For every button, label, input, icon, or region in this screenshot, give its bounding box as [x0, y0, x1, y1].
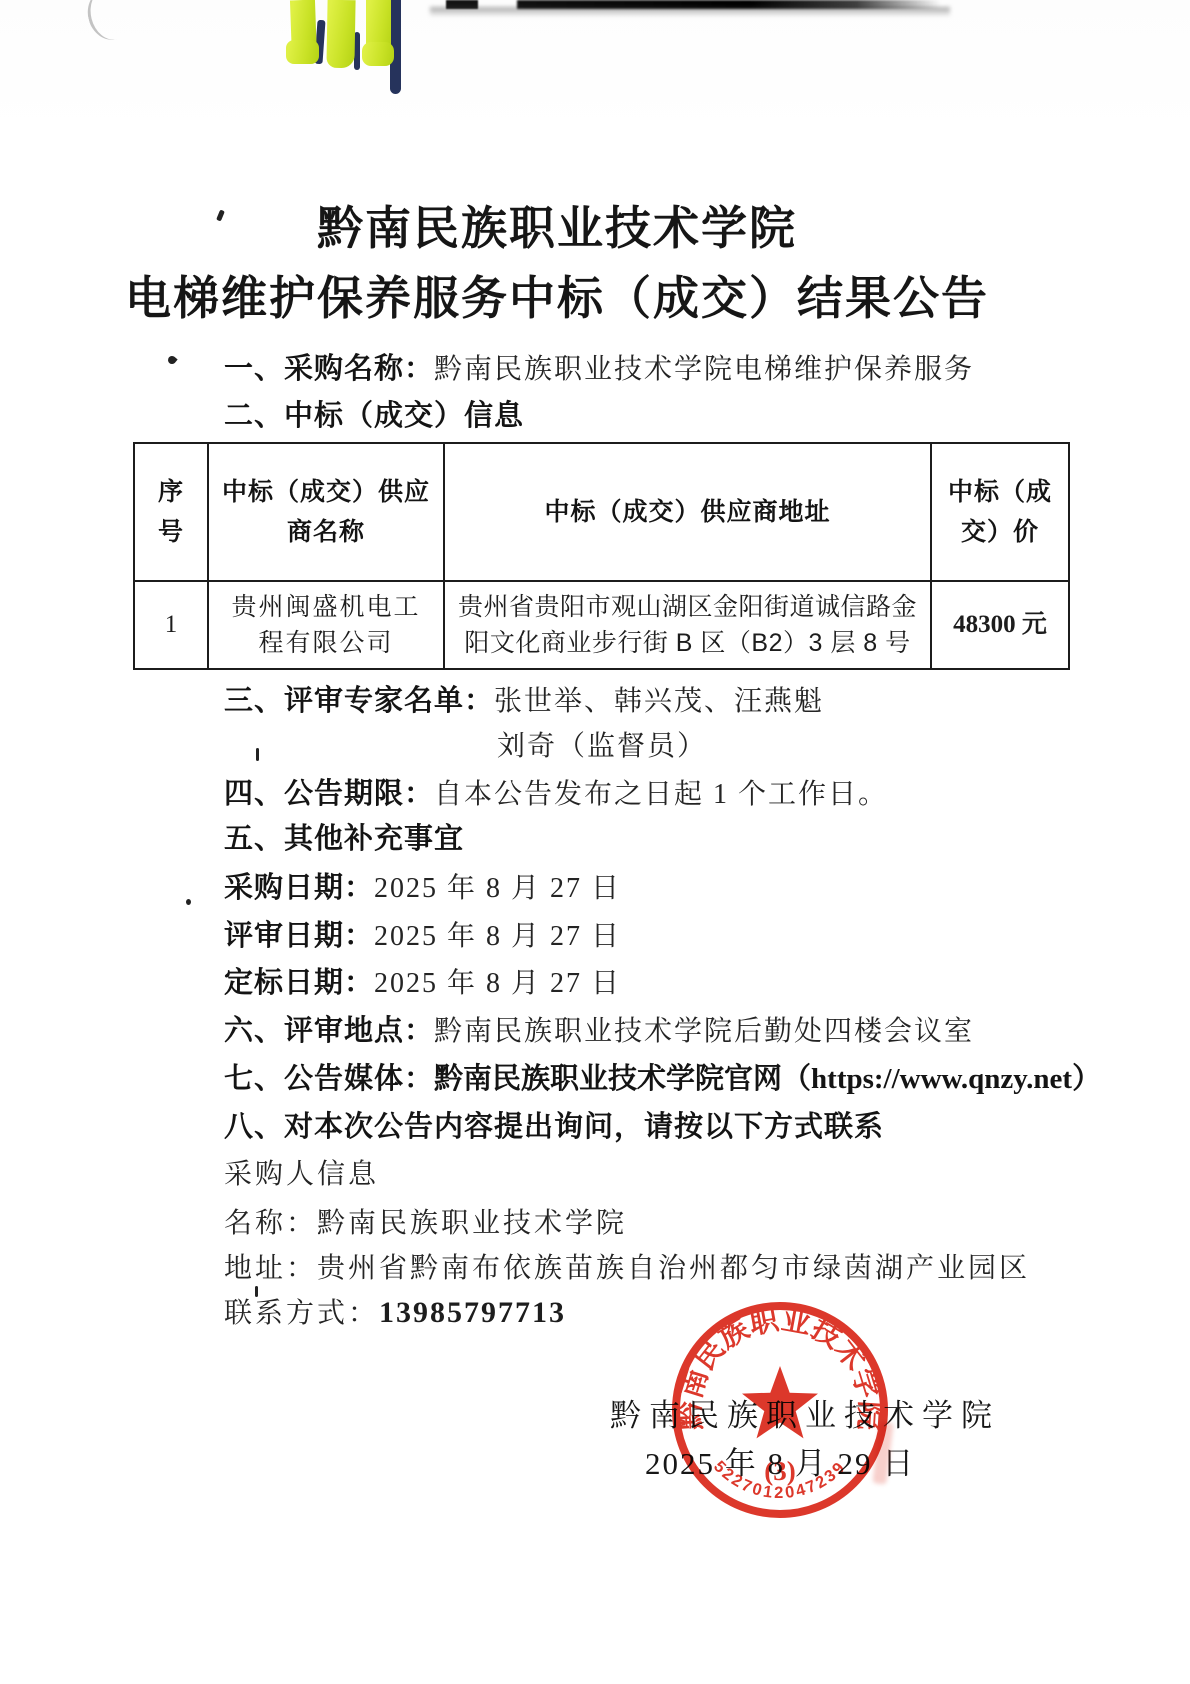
cell-address: 贵州省贵阳市观山湖区金阳街道诚信路金阳文化商业步行街 B 区（B2）3 层 8 …	[444, 581, 931, 669]
purchaser-info-title: 采购人信息	[224, 1156, 379, 1194]
field-label: 名称：	[224, 1208, 317, 1239]
section-label: 四、公告期限：	[224, 778, 434, 810]
field-value: 2025 年 8 月 27 日	[374, 921, 621, 952]
section-value: 刘奇（监督员）	[497, 731, 707, 762]
purchaser-address-line: 地址：贵州省黔南布依族苗族自治州都匀市绿茵湖产业园区	[224, 1249, 1030, 1288]
document-subtitle: 电梯维护保养服务中标（成交）结果公告	[0, 270, 1114, 326]
section-value: ）	[1072, 1063, 1102, 1095]
section-value: 张世举、韩兴茂、汪燕魁	[494, 686, 824, 717]
section-expert-supervisor: 刘奇（监督员）	[497, 727, 707, 766]
section-label: 六、评审地点：	[224, 1015, 434, 1047]
field-label: 地址：	[224, 1253, 317, 1284]
field-label: 评审日期：	[224, 920, 374, 952]
header-supplier: 中标（成交）供应商名称	[208, 443, 444, 581]
section-procurement-name: 一、采购名称：黔南民族职业技术学院电梯维护保养服务	[224, 350, 974, 389]
section-notice-media: 七、公告媒体：黔南民族职业技术学院官网（https://www.qnzy.net…	[224, 1060, 1102, 1098]
cell-index: 1	[134, 581, 208, 669]
section-label: 三、评审专家名单：	[224, 685, 494, 717]
section-label: 八、对本次公告内容提出询问，请按以下方式联系	[224, 1111, 884, 1143]
table-row: 1 贵州闽盛机电工程有限公司 贵州省贵阳市观山湖区金阳街道诚信路金阳文化商业步行…	[134, 581, 1069, 669]
field-label: 定标日期：	[224, 967, 374, 999]
section-expert-list: 三、评审专家名单：张世举、韩兴茂、汪燕魁	[224, 682, 824, 721]
binder-clip	[286, 40, 319, 64]
section-label: 二、中标（成交）信息	[224, 400, 524, 432]
section-inquiry-contact: 八、对本次公告内容提出询问，请按以下方式联系	[224, 1108, 884, 1146]
official-website-url: https://www.qnzy.net	[811, 1063, 1072, 1095]
section-label: 五、其他补充事宜	[224, 823, 464, 855]
section-value: 自本公告发布之日起 1 个工作日。	[434, 779, 888, 810]
section-notice-period: 四、公告期限：自本公告发布之日起 1 个工作日。	[224, 775, 888, 814]
section-review-location: 六、评审地点：黔南民族职业技术学院后勤处四楼会议室	[224, 1012, 974, 1051]
header-price: 中标（成交）价	[931, 443, 1069, 581]
section-label: 一、采购名称：	[224, 353, 434, 385]
official-seal-stamp: 黔南民族职业技术学院 (3) 5227012047239	[664, 1294, 896, 1526]
document-title: 黔南民族职业技术学院	[0, 200, 1114, 256]
purchaser-name-line: 名称：黔南民族职业技术学院	[224, 1204, 627, 1243]
header-index: 序号	[134, 443, 208, 581]
review-date-line: 评审日期：2025 年 8 月 27 日	[224, 917, 621, 956]
section-value: 黔南民族职业技术学院后勤处四楼会议室	[434, 1016, 974, 1047]
scan-speck	[186, 899, 191, 905]
scan-shadow-blur	[430, 7, 950, 17]
seal-number: (3)	[764, 1456, 795, 1486]
award-result-table: 序号 中标（成交）供应商名称 中标（成交）供应商地址 中标（成交）价 1 贵州闽…	[133, 442, 1070, 670]
purchase-date-line: 采购日期：2025 年 8 月 27 日	[224, 869, 621, 908]
header-address: 中标（成交）供应商地址	[444, 443, 931, 581]
binder-clip	[326, 0, 355, 68]
seal-star-icon	[742, 1366, 818, 1438]
scan-speck	[256, 748, 259, 761]
section-award-info: 二、中标（成交）信息	[224, 397, 524, 435]
field-value: 2025 年 8 月 27 日	[374, 968, 621, 999]
binder-clip	[362, 42, 394, 66]
phone-number: 13985797713	[379, 1296, 566, 1329]
scan-crease	[82, 0, 138, 45]
field-value: 2025 年 8 月 27 日	[374, 873, 621, 904]
section-value: 黔南民族职业技术学院官网（	[434, 1063, 811, 1095]
scan-speck	[166, 354, 177, 365]
field-label: 联系方式：	[224, 1298, 379, 1329]
field-label: 采购日期：	[224, 872, 374, 904]
section-label: 七、公告媒体：	[224, 1063, 434, 1095]
contact-phone-line: 联系方式：13985797713	[224, 1294, 566, 1333]
field-value: 贵州省黔南布依族苗族自治州都匀市绿茵湖产业园区	[317, 1253, 1030, 1284]
section-other-matters: 五、其他补充事宜	[224, 820, 464, 858]
field-value: 黔南民族职业技术学院	[317, 1208, 627, 1239]
section-value: 黔南民族职业技术学院电梯维护保养服务	[434, 354, 974, 385]
table-header-row: 序号 中标（成交）供应商名称 中标（成交）供应商地址 中标（成交）价	[134, 443, 1069, 581]
cell-supplier: 贵州闽盛机电工程有限公司	[208, 581, 444, 669]
cell-price: 48300 元	[931, 581, 1069, 669]
scanned-document-page: 黔南民族职业技术学院 电梯维护保养服务中标（成交）结果公告 一、采购名称：黔南民…	[0, 0, 1190, 1684]
award-date-line: 定标日期：2025 年 8 月 27 日	[224, 964, 621, 1003]
